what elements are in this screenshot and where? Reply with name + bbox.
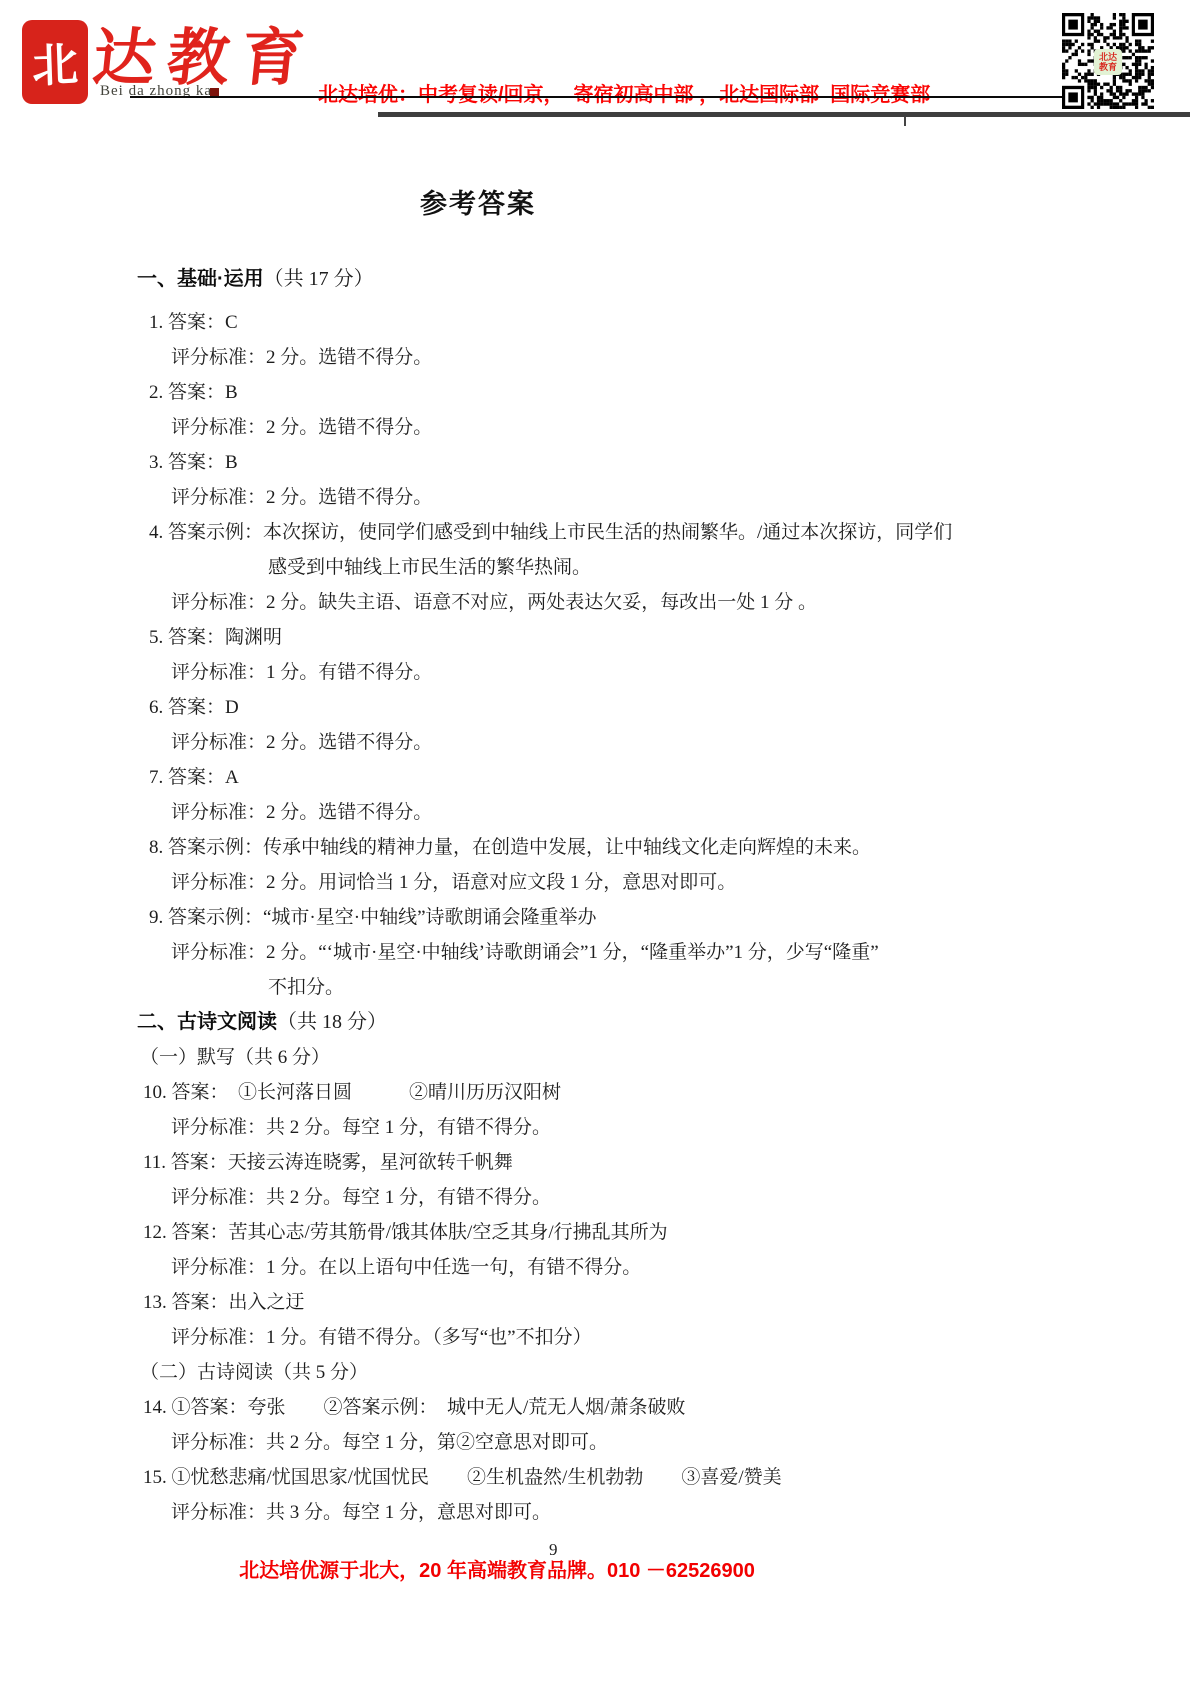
header-tagline: 北达培优：中考复读/回京， 寄宿初高中部 ，北达国际部 国际竞赛部 <box>318 78 930 107</box>
qr-label-line2: 教育 <box>1099 62 1117 72</box>
answer-line: 8. 答案示例：传承中轴线的精神力量，在创造中发展，让中轴线文化走向辉煌的未来。 <box>0 830 1190 865</box>
answer-line: 评分标准：2 分。选错不得分。 <box>0 795 1190 830</box>
answer-line: 评分标准：2 分。“‘城市·星空·中轴线’诗歌朗诵会”1 分，“隆重举办”1 分… <box>0 935 1190 970</box>
header-rule-tick <box>904 117 906 126</box>
answer-line: 13. 答案：出入之迂 <box>0 1285 1190 1320</box>
subsection-heading: （二）古诗阅读（共 5 分） <box>0 1355 1190 1390</box>
answer-line: 3. 答案：B <box>0 445 1190 480</box>
answer-line: 评分标准：2 分。选错不得分。 <box>0 725 1190 760</box>
answer-line: 7. 答案：A <box>0 760 1190 795</box>
answer-line: 评分标准：2 分。选错不得分。 <box>0 480 1190 515</box>
answer-line: 10. 答案： ①长河落日圆 ②晴川历历汉阳树 <box>0 1075 1190 1110</box>
answer-line: 不扣分。 <box>0 970 1190 1005</box>
answer-line: 9. 答案示例：“城市·星空·中轴线”诗歌朗诵会隆重举办 <box>0 900 1190 935</box>
subsection-heading: （一）默写（共 6 分） <box>0 1040 1190 1075</box>
answer-line: 6. 答案：D <box>0 690 1190 725</box>
answer-line: 评分标准：2 分。选错不得分。 <box>0 410 1190 445</box>
section-heading: 二、古诗文阅读（共 18 分） <box>0 1005 1190 1040</box>
answer-line: 2. 答案：B <box>0 375 1190 410</box>
answers-body: 一、基础·运用（共 17 分）1. 答案：C评分标准：2 分。选错不得分。2. … <box>0 262 1190 1530</box>
qr-label-line1: 北达 <box>1099 52 1117 62</box>
answer-line: 12. 答案：苦其心志/劳其筋骨/饿其体肤/空乏其身/行拂乱其所为 <box>0 1215 1190 1250</box>
answer-line: 15. ①忧愁悲痛/忧国思家/忧国忧民 ②生机盎然/生机勃勃 ③喜爱/赞美 <box>0 1460 1190 1495</box>
footer-tagline: 北达培优源于北大，20 年高端教育品牌。010 －62526900 <box>0 1556 994 1586</box>
answer-line: 评分标准：共 2 分。每空 1 分，第②空意思对即可。 <box>0 1425 1190 1460</box>
answer-line: 评分标准：2 分。选错不得分。 <box>0 340 1190 375</box>
answer-line: 评分标准：1 分。有错不得分。 <box>0 655 1190 690</box>
answer-line: 14. ①答案：夸张 ②答案示例： 城中无人/荒无人烟/萧条破败 <box>0 1390 1190 1425</box>
answer-line: 评分标准：共 3 分。每空 1 分，意思对即可。 <box>0 1495 1190 1530</box>
answer-line: 评分标准：2 分。用词恰当 1 分，语意对应文段 1 分，意思对即可。 <box>0 865 1190 900</box>
answer-line: 评分标准：1 分。在以上语句中任选一句，有错不得分。 <box>0 1250 1190 1285</box>
answer-line: 11. 答案：天接云涛连晓雾，星河欲转千帆舞 <box>0 1145 1190 1180</box>
answer-line: 1. 答案：C <box>0 305 1190 340</box>
answer-line: 5. 答案：陶渊明 <box>0 620 1190 655</box>
qr-center-label: 北达 教育 <box>1094 49 1122 75</box>
answer-line: 评分标准：共 2 分。每空 1 分，有错不得分。 <box>0 1110 1190 1145</box>
header-rule-thick <box>378 112 1190 117</box>
brand-seal-character: 北 <box>31 28 79 96</box>
answer-line: 感受到中轴线上市民生活的繁华热闹。 <box>0 550 1190 585</box>
answer-line: 4. 答案示例：本次探访，使同学们感受到中轴线上市民生活的热闹繁华。/通过本次探… <box>0 515 1190 550</box>
brand-seal: 北 <box>24 22 86 102</box>
answer-line: 评分标准：共 2 分。每空 1 分，有错不得分。 <box>0 1180 1190 1215</box>
answer-line: 评分标准：1 分。有错不得分。（多写“也”不扣分） <box>0 1320 1190 1355</box>
header-rule-thin <box>130 96 1062 98</box>
page-title: 参考答案 <box>0 186 956 222</box>
answer-line: 评分标准：2 分。缺失主语、语意不对应，两处表达欠妥，每改出一处 1 分 。 <box>0 585 1190 620</box>
section-heading: 一、基础·运用（共 17 分） <box>0 262 1190 297</box>
